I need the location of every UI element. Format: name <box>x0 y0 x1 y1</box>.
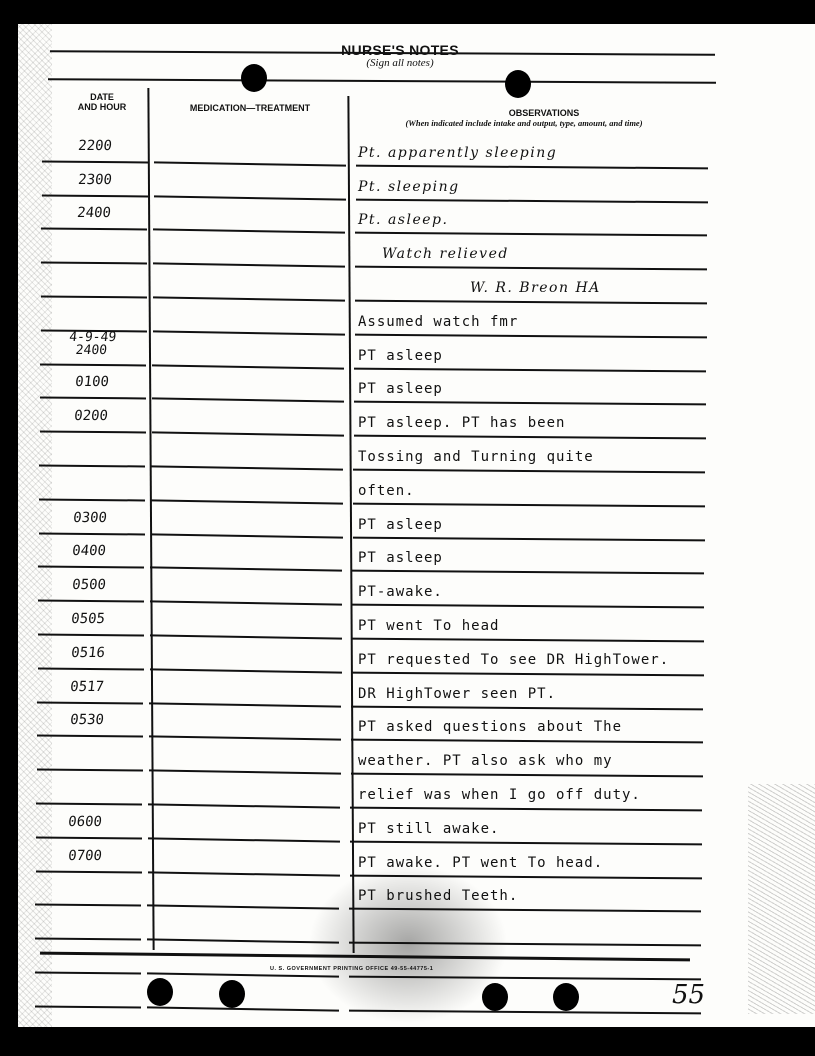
entry-time: 0700 <box>39 850 130 863</box>
printing-office-imprint: U. S. GOVERNMENT PRINTING OFFICE 49-55-4… <box>270 966 433 972</box>
entry-observation: PT asleep <box>358 550 778 566</box>
punch-hole-bottom-2 <box>219 980 245 1008</box>
entry-observation: Tossing and Turning quite <box>358 449 778 465</box>
column-header-observations: OBSERVATIONS <box>444 108 644 118</box>
punch-hole-top-left <box>241 64 267 92</box>
entry-observation: PT-awake. <box>358 584 778 600</box>
entry-observation: often. <box>358 483 778 499</box>
entry-observation: PT asleep <box>358 381 778 397</box>
punch-hole-top-right <box>505 70 531 98</box>
entry-observation: PT went To head <box>358 618 778 634</box>
entry-time: 0200 <box>45 410 136 423</box>
entry-time: 2200 <box>49 140 140 153</box>
entry-time: 0516 <box>42 647 133 660</box>
column-header-medication: MEDICATION—TREATMENT <box>160 103 340 113</box>
entry-time: 0500 <box>43 579 134 592</box>
page-number: 55 <box>672 980 705 1010</box>
entry-time: 0400 <box>43 545 134 558</box>
entry-observation: PT asleep. PT has been <box>358 415 778 431</box>
entry-observation: DR HighTower seen PT. <box>358 686 778 702</box>
row-rule-date <box>40 363 146 366</box>
form-title: NURSE'S NOTES <box>290 42 510 58</box>
row-rule-date <box>36 870 142 873</box>
punch-hole-bottom-1 <box>147 978 173 1006</box>
scan-noise-left <box>18 24 52 1027</box>
entry-observation: PT awake. PT went To head. <box>358 855 778 871</box>
entry-observation: relief was when I go off duty. <box>358 787 778 803</box>
entry-observation: Pt. sleeping <box>358 179 778 195</box>
row-rule-date <box>42 194 148 197</box>
entry-observation: Watch relieved <box>382 246 802 262</box>
entry-time: 0600 <box>39 816 130 829</box>
entry-observation: weather. PT also ask who my <box>358 753 778 769</box>
form-subtitle: (Sign all notes) <box>290 57 510 69</box>
entry-observation: W. R. Breon HA <box>470 280 815 296</box>
entry-time: 0100 <box>46 376 137 389</box>
entry-observation: PT asleep <box>358 517 778 533</box>
entry-observation: PT still awake. <box>358 821 778 837</box>
entry-time: 0505 <box>42 613 133 626</box>
entry-observation: Assumed watch fmr <box>358 314 778 330</box>
entry-time: 0530 <box>41 714 132 727</box>
entry-time: 0300 <box>44 512 135 525</box>
entry-time: 0517 <box>41 681 132 694</box>
entry-observation: PT brushed Teeth. <box>358 888 778 904</box>
entry-observation: PT asked questions about The <box>358 719 778 735</box>
entry-time: 4-9-49 2400 <box>46 331 139 357</box>
row-rule-date <box>39 532 145 535</box>
punch-hole-bottom-4 <box>553 983 579 1011</box>
entry-observation: Pt. asleep. <box>358 212 778 228</box>
row-rule-date <box>37 701 143 704</box>
entry-time: 2300 <box>49 174 140 187</box>
entry-observation: Pt. apparently sleeping <box>358 145 778 161</box>
observations-instruction: (When indicated include intake and outpu… <box>344 118 704 128</box>
entry-time: 2400 <box>48 207 139 220</box>
punch-hole-bottom-3 <box>482 983 508 1011</box>
entry-observation: PT requested To see DR HighTower. <box>358 652 778 668</box>
column-header-date-hour: DATE AND HOUR <box>62 92 142 112</box>
entry-observation: PT asleep <box>358 348 778 364</box>
